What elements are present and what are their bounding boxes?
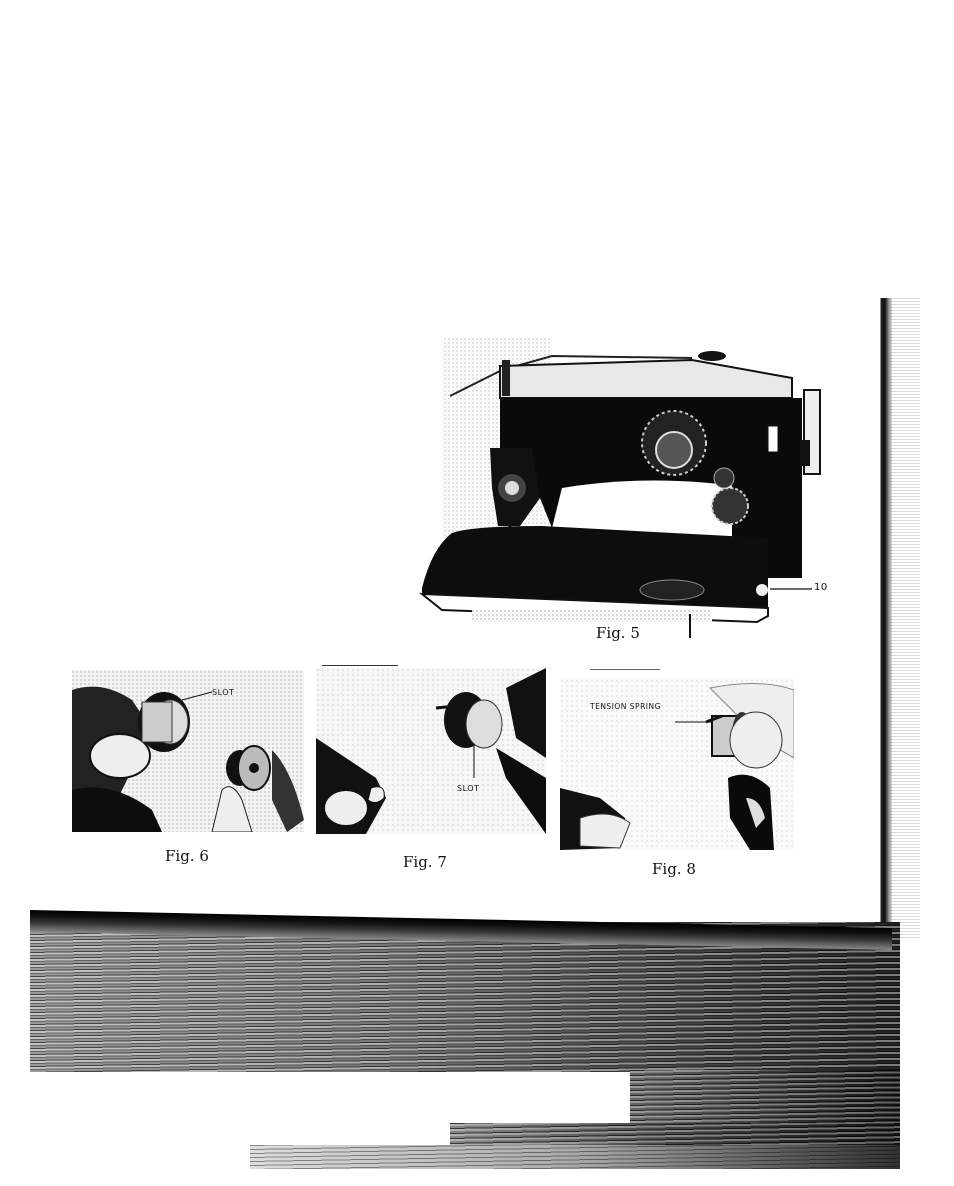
figure-7-bobbin-insert-photo <box>316 668 546 834</box>
scan-noise-edge <box>890 298 920 938</box>
callout-label-slot: SLOT <box>457 784 479 793</box>
scan-background-fringe <box>250 1145 900 1169</box>
figure-5-sewing-machine-photo <box>412 298 850 638</box>
callout-label-tension-spring: TENSION SPRING <box>590 702 661 711</box>
figure-6-bobbin-case-photo <box>72 670 304 832</box>
scan-background-surface <box>630 1070 900 1125</box>
figure-6-caption: Fig. 6 <box>165 847 209 865</box>
figure-8-caption: Fig. 8 <box>652 860 696 878</box>
scan-rule-line <box>590 669 660 670</box>
callout-label-slot: SLOT <box>212 688 234 697</box>
figure-5-caption: Fig. 5 <box>596 624 640 642</box>
figure-7-caption: Fig. 7 <box>403 853 447 871</box>
scan-rule-line <box>322 665 398 666</box>
callout-label-10: 10 <box>814 582 828 593</box>
